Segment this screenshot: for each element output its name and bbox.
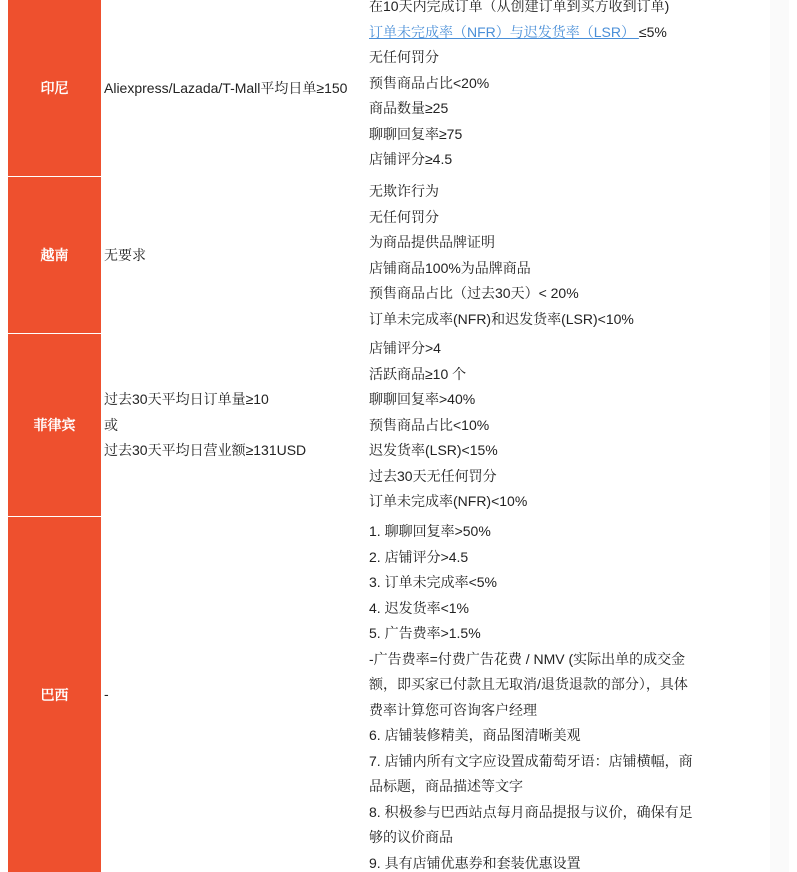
entry-requirement-cell: - — [101, 517, 364, 872]
country-label: 越南 — [41, 245, 69, 265]
entry-requirement-cell: 无要求 — [101, 177, 364, 334]
requirement-item: 为商品提供品牌证明 — [369, 230, 770, 256]
requirement-item: 5. 广告费率>1.5% — [369, 621, 770, 647]
requirement-item: 订单未完成率(NFR)<10% — [369, 489, 770, 515]
requirement-item: 过去30天无任何罚分 — [369, 464, 770, 490]
scrollbar-track[interactable] — [770, 0, 789, 872]
requirement-item: 店铺评分≥4.5 — [369, 147, 770, 173]
requirement-item: 迟发货率(LSR)<15% — [369, 438, 770, 464]
entry-requirement-cell: Aliexpress/Lazada/T-Mall平均日单≥150 — [101, 0, 364, 177]
entry-line: 过去30天平均日订单量≥10 — [104, 387, 364, 413]
requirement-note: 费率计算您可咨询客户经理 — [369, 698, 770, 724]
country-cell: 印尼 — [8, 0, 101, 177]
requirement-note: 额，即买家已付款且无取消/退货退款的部分），具体 — [369, 672, 770, 698]
table-row-indonesia: 印尼 Aliexpress/Lazada/T-Mall平均日单≥150 在10天… — [8, 0, 770, 177]
country-cell: 巴西 — [8, 517, 101, 872]
entry-requirement-cell: 过去30天平均日订单量≥10 或 过去30天平均日营业额≥131USD — [101, 334, 364, 517]
requirement-item: 无欺诈行为 — [369, 179, 770, 205]
country-cell: 菲律宾 — [8, 334, 101, 517]
requirement-item: 7. 店铺内所有文字应设置成葡萄牙语：店铺横幅，商 — [369, 749, 770, 775]
entry-line: 过去30天平均日营业额≥131USD — [104, 438, 364, 464]
requirement-item: 聊聊回复率>40% — [369, 387, 770, 413]
store-requirements-cell: 无欺诈行为 无任何罚分 为商品提供品牌证明 店铺商品100%为品牌商品 预售商品… — [364, 177, 770, 334]
requirement-item: 聊聊回复率≥75 — [369, 122, 770, 148]
requirement-threshold: ≤5% — [639, 24, 667, 40]
store-requirements-cell: 在10天内完成订单（从创建订单到买方收到订单) 订单未完成率（NFR）与迟发货率… — [364, 0, 770, 177]
requirement-item: 活跃商品≥10 个 — [369, 362, 770, 388]
requirement-item: 商品数量≥25 — [369, 96, 770, 122]
table-row-philippines: 菲律宾 过去30天平均日订单量≥10 或 过去30天平均日营业额≥131USD … — [8, 334, 770, 517]
requirements-table: 印尼 Aliexpress/Lazada/T-Mall平均日单≥150 在10天… — [8, 0, 770, 872]
store-requirements-cell: 店铺评分>4 活跃商品≥10 个 聊聊回复率>40% 预售商品占比<10% 迟发… — [364, 334, 770, 517]
requirement-item: 3. 订单未完成率<5% — [369, 570, 770, 596]
requirement-note: -广告费率=付费广告花费 / NMV (实际出单的成交金 — [369, 647, 770, 673]
requirement-item: 无任何罚分 — [369, 45, 770, 71]
requirement-item: 1. 聊聊回复率>50% — [369, 519, 770, 545]
requirement-item: 无任何罚分 — [369, 205, 770, 231]
country-label: 巴西 — [41, 685, 69, 705]
entry-line: - — [104, 682, 364, 708]
entry-line: 无要求 — [104, 243, 364, 269]
requirement-item: 品标题，商品描述等文字 — [369, 774, 770, 800]
requirement-item: 店铺评分>4 — [369, 336, 770, 362]
table-row-vietnam: 越南 无要求 无欺诈行为 无任何罚分 为商品提供品牌证明 店铺商品100%为品牌… — [8, 177, 770, 334]
requirement-item: 在10天内完成订单（从创建订单到买方收到订单) — [369, 0, 770, 20]
entry-line: Aliexpress/Lazada/T-Mall平均日单≥150 — [104, 76, 364, 102]
store-requirements-cell: 1. 聊聊回复率>50% 2. 店铺评分>4.5 3. 订单未完成率<5% 4.… — [364, 517, 770, 872]
requirement-item: 4. 迟发货率<1% — [369, 596, 770, 622]
requirement-item: 预售商品占比<10% — [369, 413, 770, 439]
table-row-brazil: 巴西 - 1. 聊聊回复率>50% 2. 店铺评分>4.5 3. 订单未完成率<… — [8, 517, 770, 872]
nfr-lsr-link[interactable]: 订单未完成率（NFR）与迟发货率（LSR） — [369, 24, 635, 40]
requirement-item: 店铺商品100%为品牌商品 — [369, 256, 770, 282]
country-cell: 越南 — [8, 177, 101, 334]
requirement-item: 订单未完成率(NFR)和迟发货率(LSR)<10% — [369, 307, 770, 333]
requirement-item: 预售商品占比<20% — [369, 71, 770, 97]
requirement-item-with-link: 订单未完成率（NFR）与迟发货率（LSR） ≤5% — [369, 20, 770, 46]
requirement-item: 9. 具有店铺优惠券和套装优惠设置 — [369, 851, 770, 872]
requirement-item: 预售商品占比（过去30天）< 20% — [369, 281, 770, 307]
requirement-item: 6. 店铺装修精美，商品图清晰美观 — [369, 723, 770, 749]
entry-line: 或 — [104, 413, 364, 439]
country-label: 印尼 — [41, 78, 69, 98]
requirement-item: 够的议价商品 — [369, 825, 770, 851]
country-label: 菲律宾 — [34, 415, 76, 435]
requirement-item: 2. 店铺评分>4.5 — [369, 545, 770, 571]
requirement-item: 8. 积极参与巴西站点每月商品提报与议价，确保有足 — [369, 800, 770, 826]
